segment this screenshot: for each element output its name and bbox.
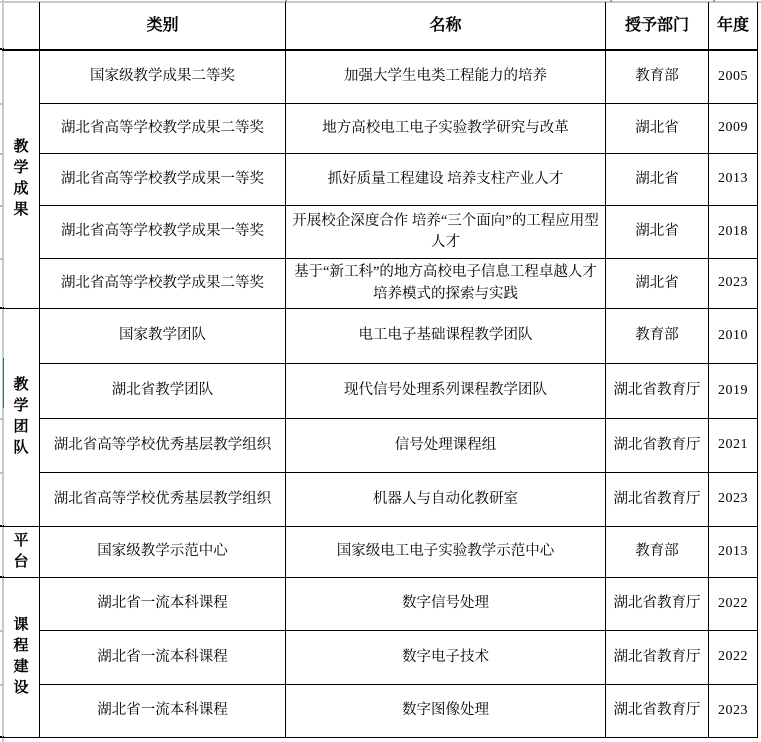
cell-name: 现代信号处理系列课程教学团队 (286, 364, 606, 419)
cell-category: 湖北省高等学校优秀基层教学组织 (40, 473, 286, 527)
cell-name: 信号处理课程组 (286, 419, 606, 473)
awards-table: 类别 名称 授予部门 年度 教学成果 国家级教学成果二等奖 加强大学生电类工程能… (2, 2, 758, 738)
cell-year: 2021 (709, 419, 758, 473)
group-label-course-construction: 课程建设 (3, 578, 40, 738)
cell-name: 数字电子技术 (286, 631, 606, 685)
cell-name: 抓好质量工程建设 培养支柱产业人才 (286, 154, 606, 206)
cell-year: 2022 (709, 578, 758, 631)
cell-year: 2013 (709, 154, 758, 206)
cell-department: 教育部 (606, 50, 709, 104)
cell-category: 国家级教学成果二等奖 (40, 50, 286, 104)
cell-category: 湖北省高等学校教学成果一等奖 (40, 154, 286, 206)
cell-department: 湖北省教育厅 (606, 364, 709, 419)
cell-department: 湖北省 (606, 154, 709, 206)
cell-name: 机器人与自动化教研室 (286, 473, 606, 527)
cell-name: 数字信号处理 (286, 578, 606, 631)
group-label-platform: 平台 (3, 527, 40, 578)
cell-category: 湖北省教学团队 (40, 364, 286, 419)
cell-department: 湖北省 (606, 104, 709, 154)
cell-year: 2023 (709, 473, 758, 527)
table-row: 湖北省高等学校教学成果一等奖 开展校企深度合作 培养“三个面向”的工程应用型人才… (3, 206, 758, 259)
table-row: 教学团队 国家教学团队 电工电子基础课程教学团队 教育部 2010 (3, 309, 758, 364)
table-row: 平台 国家级教学示范中心 国家级电工电子实验教学示范中心 教育部 2013 (3, 527, 758, 578)
cell-category: 湖北省一流本科课程 (40, 631, 286, 685)
table-row: 教学成果 国家级教学成果二等奖 加强大学生电类工程能力的培养 教育部 2005 (3, 50, 758, 104)
cell-year: 2023 (709, 685, 758, 738)
cell-department: 湖北省 (606, 259, 709, 309)
cell-department: 湖北省教育厅 (606, 685, 709, 738)
cell-category: 湖北省一流本科课程 (40, 685, 286, 738)
table-row: 湖北省教学团队 现代信号处理系列课程教学团队 湖北省教育厅 2019 (3, 364, 758, 419)
cell-category: 湖北省高等学校教学成果二等奖 (40, 104, 286, 154)
table-row: 湖北省高等学校教学成果二等奖 地方高校电工电子实验教学研究与改革 湖北省 200… (3, 104, 758, 154)
cell-department: 湖北省教育厅 (606, 419, 709, 473)
cell-category: 国家教学团队 (40, 309, 286, 364)
cell-department: 湖北省 (606, 206, 709, 259)
cell-department: 湖北省教育厅 (606, 473, 709, 527)
cell-year: 2019 (709, 364, 758, 419)
group-label-teaching-teams: 教学团队 (3, 309, 40, 527)
table-row: 湖北省高等学校优秀基层教学组织 信号处理课程组 湖北省教育厅 2021 (3, 419, 758, 473)
cell-year: 2005 (709, 50, 758, 104)
header-department: 授予部门 (606, 3, 709, 50)
cell-category: 湖北省一流本科课程 (40, 578, 286, 631)
cell-department: 湖北省教育厅 (606, 578, 709, 631)
table-row: 湖北省一流本科课程 数字图像处理 湖北省教育厅 2023 (3, 685, 758, 738)
cell-name: 电工电子基础课程教学团队 (286, 309, 606, 364)
cell-name: 地方高校电工电子实验教学研究与改革 (286, 104, 606, 154)
cell-name: 加强大学生电类工程能力的培养 (286, 50, 606, 104)
cell-year: 2018 (709, 206, 758, 259)
cell-name: 基于“新工科”的地方高校电子信息工程卓越人才培养模式的探索与实践 (286, 259, 606, 309)
header-year: 年度 (709, 3, 758, 50)
cell-name: 开展校企深度合作 培养“三个面向”的工程应用型人才 (286, 206, 606, 259)
group-label-teaching-achievements: 教学成果 (3, 50, 40, 309)
cell-name: 国家级电工电子实验教学示范中心 (286, 527, 606, 578)
cell-name: 数字图像处理 (286, 685, 606, 738)
table-row: 湖北省高等学校优秀基层教学组织 机器人与自动化教研室 湖北省教育厅 2023 (3, 473, 758, 527)
cell-year: 2022 (709, 631, 758, 685)
table-row: 湖北省高等学校教学成果二等奖 基于“新工科”的地方高校电子信息工程卓越人才培养模… (3, 259, 758, 309)
table-row: 湖北省高等学校教学成果一等奖 抓好质量工程建设 培养支柱产业人才 湖北省 201… (3, 154, 758, 206)
cell-year: 2023 (709, 259, 758, 309)
cell-category: 湖北省高等学校教学成果二等奖 (40, 259, 286, 309)
cell-category: 湖北省高等学校教学成果一等奖 (40, 206, 286, 259)
header-category: 类别 (40, 3, 286, 50)
table-row: 湖北省一流本科课程 数字电子技术 湖北省教育厅 2022 (3, 631, 758, 685)
header-row: 类别 名称 授予部门 年度 (3, 3, 758, 50)
cell-year: 2013 (709, 527, 758, 578)
cell-category: 国家级教学示范中心 (40, 527, 286, 578)
cell-year: 2009 (709, 104, 758, 154)
cell-department: 湖北省教育厅 (606, 631, 709, 685)
cell-department: 教育部 (606, 309, 709, 364)
cell-department: 教育部 (606, 527, 709, 578)
cell-category: 湖北省高等学校优秀基层教学组织 (40, 419, 286, 473)
table-row: 课程建设 湖北省一流本科课程 数字信号处理 湖北省教育厅 2022 (3, 578, 758, 631)
header-group-empty (3, 3, 40, 50)
header-name: 名称 (286, 3, 606, 50)
cell-year: 2010 (709, 309, 758, 364)
